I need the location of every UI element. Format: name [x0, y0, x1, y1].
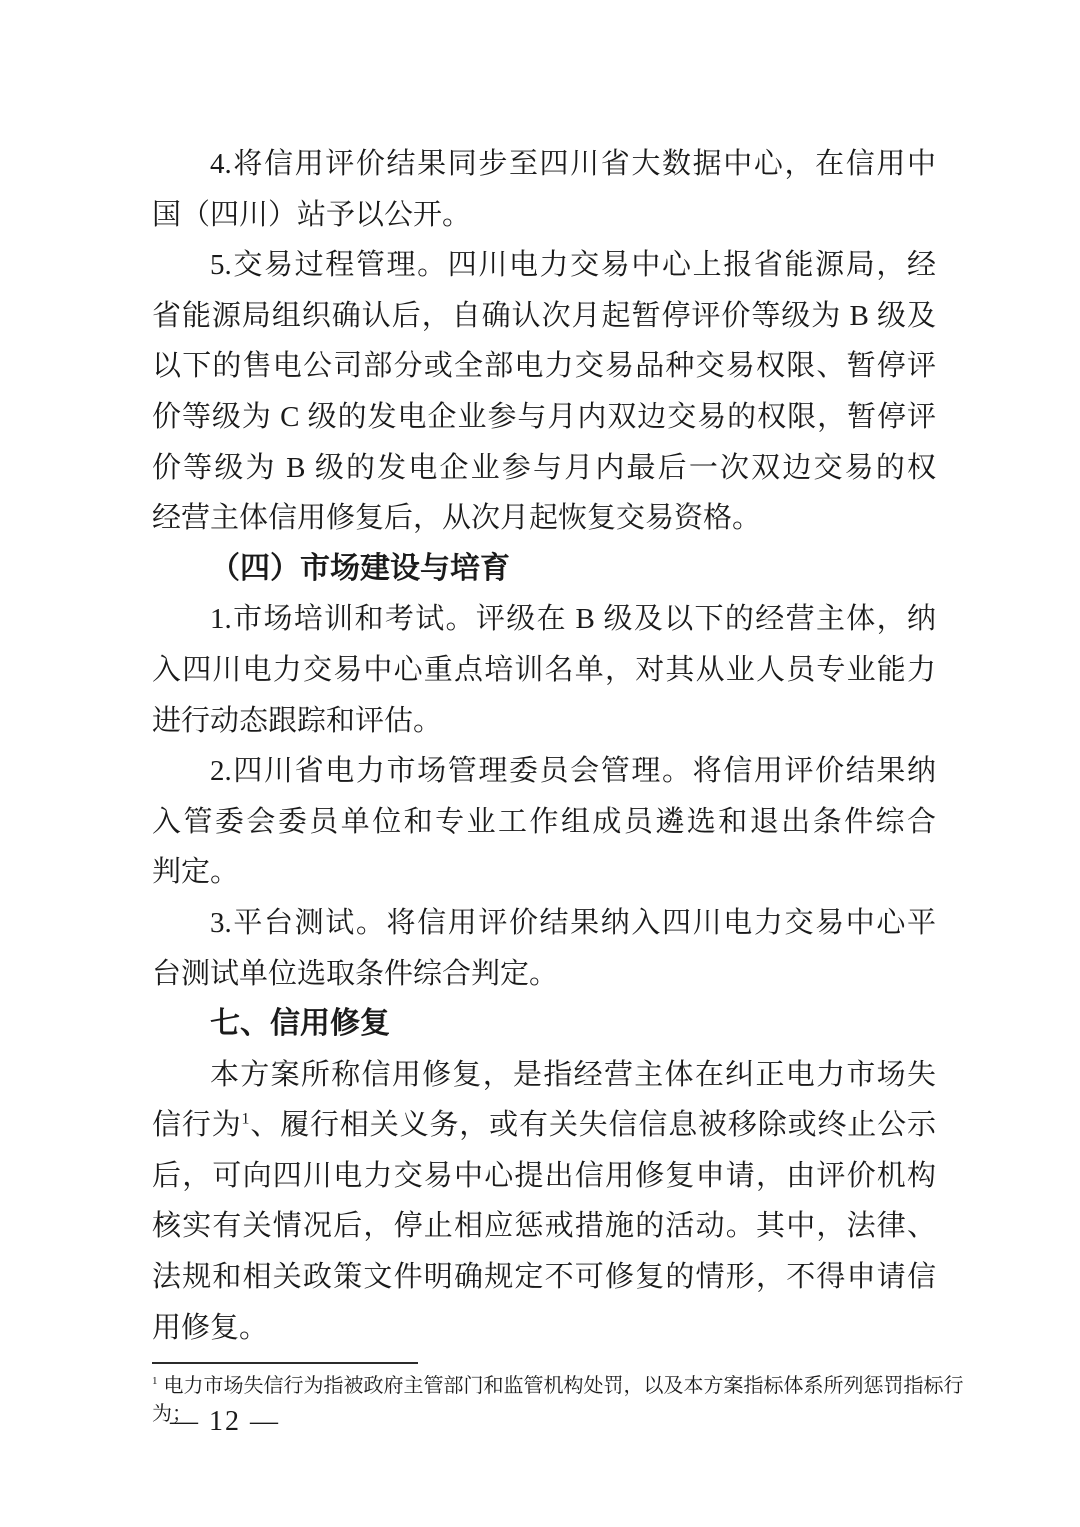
paragraph-item5-line: 以下的售电公司部分或全部电力交易品种交易权限、暂停评 [152, 341, 936, 392]
paragraph-item4-line: 4.将信用评价结果同步至四川省大数据中心，在信用中 [152, 139, 936, 190]
paragraph-credit-repair-line: 本方案所称信用修复，是指经营主体在纠正电力市场失 [152, 1050, 936, 1101]
credit-repair-text-after-footnote-ref: 、履行相关义务，或有关失信信息被移除或终止公示 [250, 1109, 936, 1141]
credit-repair-text-before-footnote-ref: 信行为 [152, 1109, 242, 1141]
paragraph-credit-repair-line: 法规和相关政策文件明确规定不可修复的情形，不得申请信 [152, 1252, 936, 1303]
paragraph-training-line: 进行动态跟踪和评估。 [152, 696, 936, 747]
paragraph-committee-line: 判定。 [152, 847, 936, 898]
paragraph-credit-repair-line: 后，可向四川电力交易中心提出信用修复申请，由评价机构 [152, 1151, 936, 1202]
paragraph-training-line: 入四川电力交易中心重点培训名单，对其从业人员专业能力 [152, 645, 936, 696]
paragraph-item5-line: 价等级为 C 级的发电企业参与月内双边交易的权限，暂停评 [152, 392, 936, 443]
document-page: 4.将信用评价结果同步至四川省大数据中心，在信用中 国（四川）站予以公开。 5.… [0, 0, 1080, 1527]
paragraph-credit-repair-line: 信行为1、履行相关义务，或有关失信信息被移除或终止公示 [152, 1100, 936, 1151]
paragraph-platform-test-line: 台测试单位选取条件综合判定。 [152, 949, 936, 1000]
section-heading-market-building: （四）市场建设与培育 [152, 544, 936, 595]
paragraph-item5-line: 价等级为 B 级的发电企业参与月内最后一次双边交易的权限。 [152, 443, 936, 494]
paragraph-platform-test-line: 3.平台测试。将信用评价结果纳入四川电力交易中心平 [152, 898, 936, 949]
document-body: 4.将信用评价结果同步至四川省大数据中心，在信用中 国（四川）站予以公开。 5.… [152, 139, 936, 1353]
paragraph-item5-line: 5.交易过程管理。四川电力交易中心上报省能源局，经 [152, 240, 936, 291]
paragraph-item5-line: 经营主体信用修复后，从次月起恢复交易资格。 [152, 493, 936, 544]
footnote-divider [152, 1362, 418, 1364]
paragraph-item5-line: 省能源局组织确认后，自确认次月起暂停评价等级为 B 级及 [152, 291, 936, 342]
footnote-number: 1 [152, 1375, 158, 1387]
paragraph-training-line: 1.市场培训和考试。评级在 B 级及以下的经营主体，纳 [152, 594, 936, 645]
paragraph-committee-line: 入管委会委员单位和专业工作组成员遴选和退出条件综合 [152, 797, 936, 848]
section-heading-credit-repair: 七、信用修复 [152, 999, 936, 1050]
paragraph-credit-repair-line: 核实有关情况后，停止相应惩戒措施的活动。其中，法律、 [152, 1201, 936, 1252]
paragraph-committee-line: 2.四川省电力市场管理委员会管理。将信用评价结果纳 [152, 746, 936, 797]
footnote-reference-marker: 1 [242, 1111, 250, 1128]
page-number: — 12 — [170, 1404, 280, 1440]
paragraph-credit-repair-line: 用修复。 [152, 1303, 936, 1354]
paragraph-item4-line: 国（四川）站予以公开。 [152, 190, 936, 241]
